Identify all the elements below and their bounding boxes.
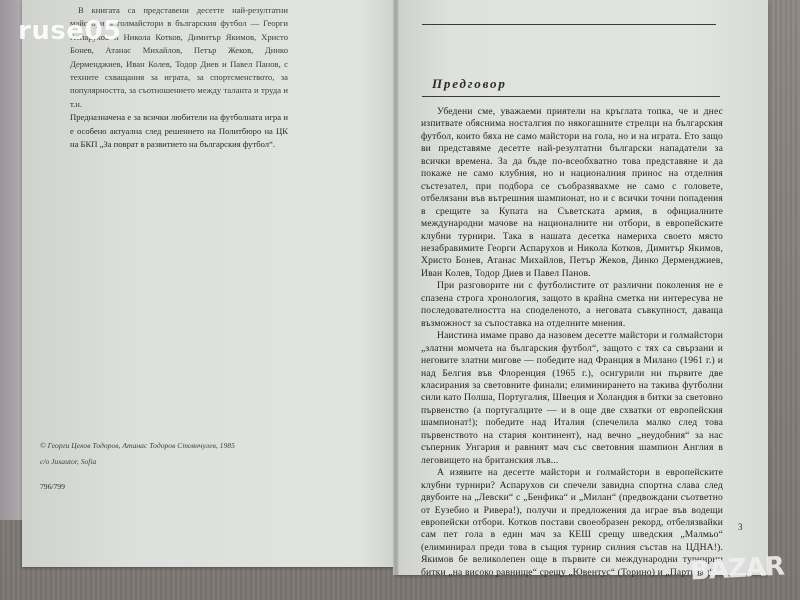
heading-rule-divider <box>422 96 720 97</box>
preface-body: Убедени сме, уважаеми приятели на кръгла… <box>421 106 723 579</box>
watermark-bazar-logo: BAZAR <box>689 552 784 587</box>
preface-paragraph-2: При разговорите ни с футболистите от раз… <box>421 280 723 330</box>
chapter-heading: Предговор <box>432 76 507 92</box>
preface-paragraph-1: Убедени сме, уважаеми приятели на кръгла… <box>421 106 723 280</box>
copyright-notice: © Георги Цеков Тодоров, Атанас Тодоров С… <box>40 438 280 470</box>
copyright-agency: c/o Jusautor, Sofia <box>40 454 280 470</box>
page-number: 3 <box>738 522 743 532</box>
top-rule-divider <box>422 24 716 25</box>
watermark-ruse05: ruse05 <box>18 16 122 46</box>
imprint-audience: Предназначена е за всички любители на фу… <box>70 111 288 151</box>
preface-paragraph-4: А изявите на десетте майстори и голмайст… <box>421 467 723 579</box>
copyright-authors: © Георги Цеков Тодоров, Атанас Тодоров С… <box>40 438 280 454</box>
preface-paragraph-3: Наистина имаме право да назовем десетте … <box>421 330 723 467</box>
book-gutter <box>393 0 399 575</box>
catalog-number: 796/799 <box>40 482 65 491</box>
